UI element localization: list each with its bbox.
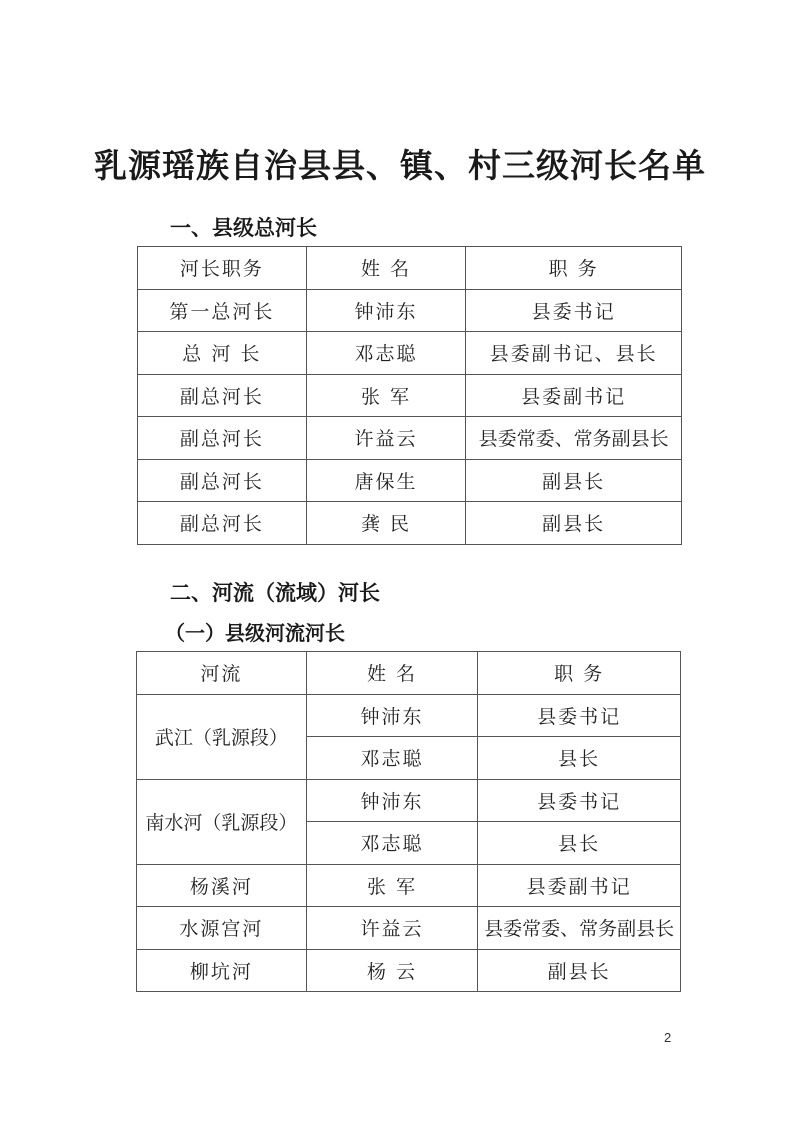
cell-river: 杨溪河	[137, 864, 307, 907]
cell-river: 水源宫河	[137, 907, 307, 950]
cell-position: 县长	[478, 822, 681, 865]
table-row: 杨溪河 张 军 县委副书记	[137, 864, 681, 907]
county-chief-river-chiefs-table: 河长职务 姓 名 职 务 第一总河长 钟沛东 县委书记 总 河 长 邓志聪 县委…	[137, 246, 682, 545]
header-river: 河流	[137, 652, 307, 695]
cell-name: 杨 云	[306, 949, 478, 992]
cell-position: 县委常委、常务副县长	[466, 417, 682, 460]
county-river-chiefs-table: 河流 姓 名 职 务 武江（乳源段） 钟沛东 县委书记 邓志聪 县长 南水河（乳…	[136, 651, 681, 992]
header-name: 姓 名	[306, 652, 478, 695]
cell-name: 邓志聪	[306, 737, 478, 780]
cell-position: 副县长	[478, 949, 681, 992]
table-header-row: 河长职务 姓 名 职 务	[138, 247, 682, 290]
header-position: 职 务	[478, 652, 681, 695]
section2-subheading: （一）县级河流河长	[165, 617, 345, 646]
cell-name: 许益云	[306, 417, 466, 460]
table-row: 副总河长 唐保生 副县长	[138, 459, 682, 502]
page-number: 2	[664, 1030, 671, 1045]
cell-name: 许益云	[306, 907, 478, 950]
cell-position: 县委副书记	[478, 864, 681, 907]
cell-role: 第一总河长	[138, 289, 307, 332]
cell-role: 副总河长	[138, 502, 307, 545]
table-row: 副总河长 张 军 县委副书记	[138, 374, 682, 417]
table-row: 总 河 长 邓志聪 县委副书记、县长	[138, 332, 682, 375]
cell-river: 柳坑河	[137, 949, 307, 992]
cell-position: 县委常委、常务副县长	[478, 907, 681, 950]
cell-position: 县委书记	[478, 694, 681, 737]
cell-position: 县委书记	[478, 779, 681, 822]
cell-role: 副总河长	[138, 374, 307, 417]
cell-river: 南水河（乳源段）	[137, 779, 307, 864]
cell-role: 总 河 长	[138, 332, 307, 375]
table-row: 水源宫河 许益云 县委常委、常务副县长	[137, 907, 681, 950]
header-position: 职 务	[466, 247, 682, 290]
cell-position: 县委副书记、县长	[466, 332, 682, 375]
cell-position: 县长	[478, 737, 681, 780]
table-row: 副总河长 龚 民 副县长	[138, 502, 682, 545]
table-row: 第一总河长 钟沛东 县委书记	[138, 289, 682, 332]
cell-role: 副总河长	[138, 459, 307, 502]
header-role: 河长职务	[138, 247, 307, 290]
cell-name: 钟沛东	[306, 694, 478, 737]
section2-heading: 二、河流（流域）河长	[170, 577, 380, 607]
table-row: 副总河长 许益云 县委常委、常务副县长	[138, 417, 682, 460]
table-row: 南水河（乳源段） 钟沛东 县委书记	[137, 779, 681, 822]
cell-name: 邓志聪	[306, 332, 466, 375]
cell-name: 张 军	[306, 864, 478, 907]
table-row: 柳坑河 杨 云 副县长	[137, 949, 681, 992]
cell-name: 张 军	[306, 374, 466, 417]
table-header-row: 河流 姓 名 职 务	[137, 652, 681, 695]
cell-position: 县委副书记	[466, 374, 682, 417]
cell-position: 县委书记	[466, 289, 682, 332]
cell-name: 钟沛东	[306, 289, 466, 332]
document-title: 乳源瑶族自治县县、镇、村三级河长名单	[0, 140, 800, 187]
table-row: 武江（乳源段） 钟沛东 县委书记	[137, 694, 681, 737]
cell-position: 副县长	[466, 502, 682, 545]
section1-heading: 一、县级总河长	[170, 212, 317, 242]
cell-river: 武江（乳源段）	[137, 694, 307, 779]
header-name: 姓 名	[306, 247, 466, 290]
cell-name: 唐保生	[306, 459, 466, 502]
cell-role: 副总河长	[138, 417, 307, 460]
cell-name: 龚 民	[306, 502, 466, 545]
cell-name: 邓志聪	[306, 822, 478, 865]
cell-position: 副县长	[466, 459, 682, 502]
cell-name: 钟沛东	[306, 779, 478, 822]
